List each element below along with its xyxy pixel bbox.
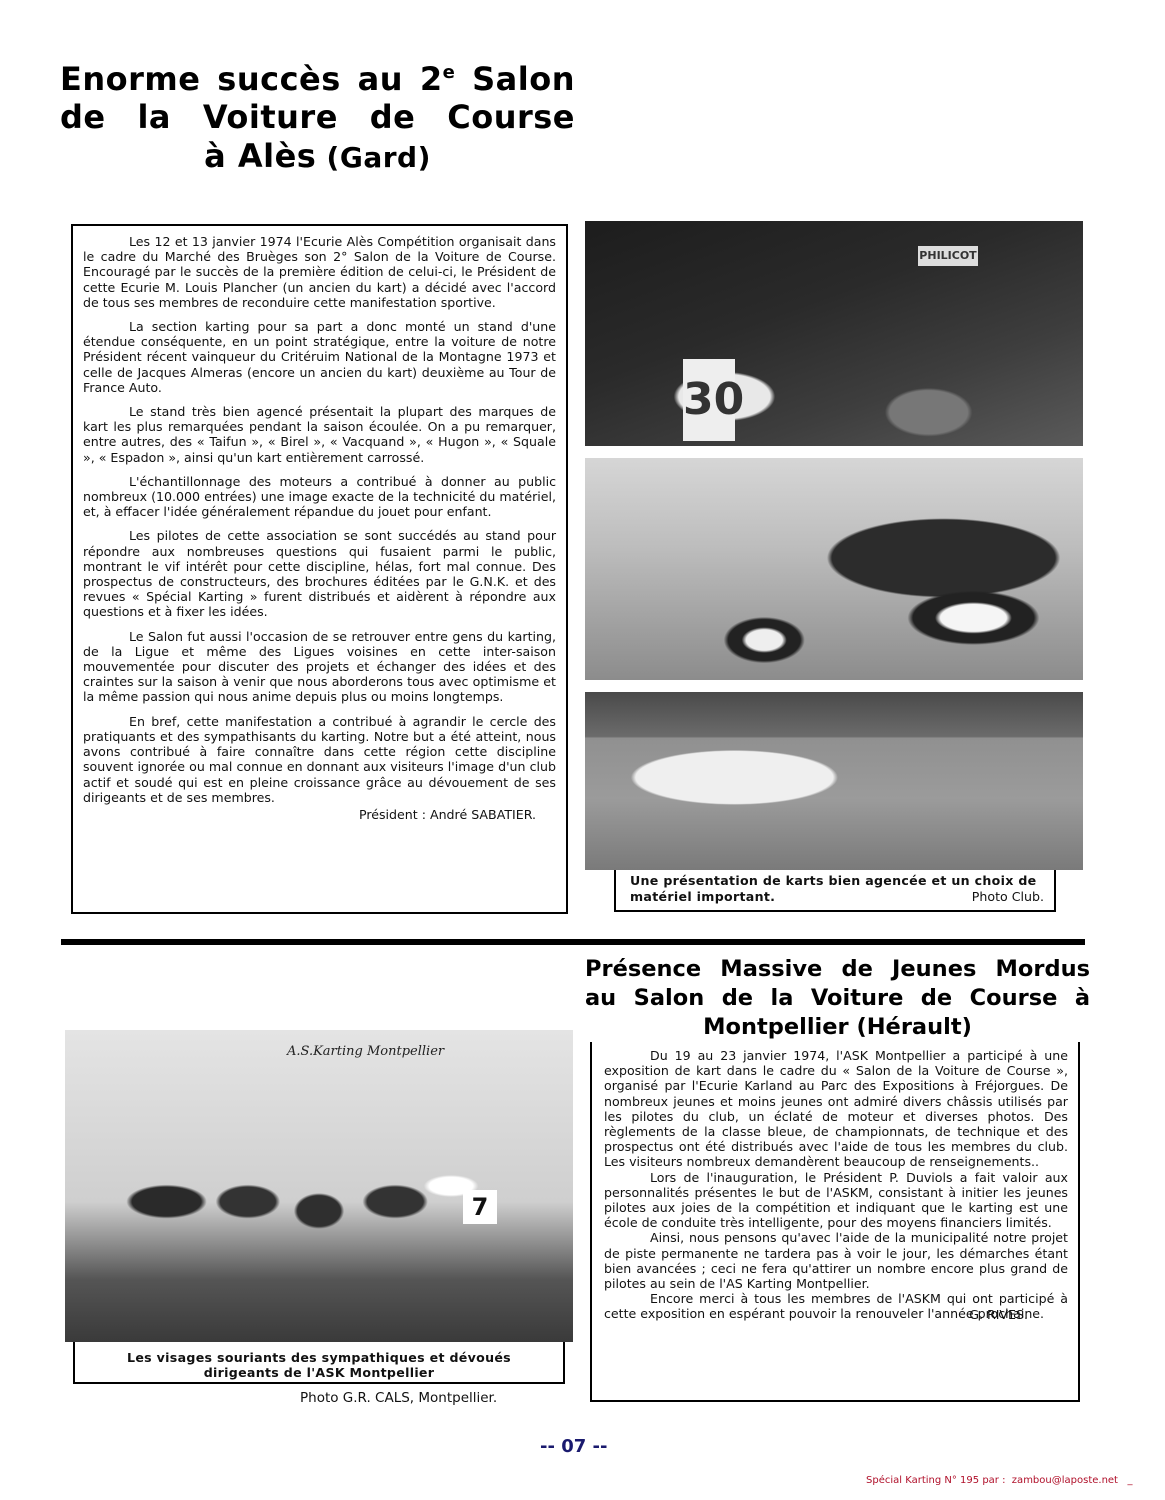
sponsor-sign: PHILICOT xyxy=(918,246,978,266)
photo-credit: Photo G.R. CALS, Montpellier. xyxy=(300,1390,497,1406)
footer-credit: Spécial Karting N° 195 par : zambou@lapo… xyxy=(866,1475,1133,1486)
paragraph: Lors de l'inauguration, le Président P. … xyxy=(604,1170,1068,1231)
photo-credit: Photo Club. xyxy=(972,889,1044,905)
club-banner: A.S.Karting Montpellier xyxy=(287,1044,444,1059)
superscript: e xyxy=(443,62,456,83)
photo-karts-display xyxy=(585,458,1083,680)
article2-headline: Présence Massive de Jeunes Mordus au Sal… xyxy=(585,955,1090,1042)
article1-text: Les 12 et 13 janvier 1974 l'Ecurie Alès … xyxy=(83,234,556,822)
paragraph: Les pilotes de cette association se sont… xyxy=(83,528,556,619)
kart-number-plate: 7 xyxy=(463,1190,497,1224)
headline-line-3: Montpellier (Hérault) xyxy=(585,1013,1090,1042)
photo-askm-team: A.S.Karting Montpellier 7 xyxy=(65,1030,573,1342)
article1-body-box: Les 12 et 13 janvier 1974 l'Ecurie Alès … xyxy=(71,224,568,914)
photo-caption-2: Les visages souriants des sympathiques e… xyxy=(73,1342,565,1384)
headline-line-2: au Salon de la Voiture de Course à xyxy=(585,984,1090,1013)
headline-line-1: Présence Massive de Jeunes Mordus xyxy=(585,955,1090,984)
photo-caption-1: Une présentation de karts bien agencée e… xyxy=(614,870,1056,912)
article2-body-box: Du 19 au 23 janvier 1974, l'ASK Montpell… xyxy=(590,1042,1080,1402)
headline-line-3: à Alès (Gard) xyxy=(60,137,575,175)
headline-line-1: Enorme succès au 2e Salon xyxy=(60,60,575,98)
paragraph: En bref, cette manifestation a contribué… xyxy=(83,714,556,805)
paragraph: Le Salon fut aussi l'occasion de se retr… xyxy=(83,629,556,705)
photo-karts-stand xyxy=(585,692,1083,870)
paragraph: Du 19 au 23 janvier 1974, l'ASK Montpell… xyxy=(604,1048,1068,1170)
paragraph: Le stand très bien agencé présentait la … xyxy=(83,404,556,465)
page-number: -- 07 -- xyxy=(540,1436,607,1457)
photo-kart-30: PHILICOT 30 xyxy=(585,221,1083,446)
paragraph: Les 12 et 13 janvier 1974 l'Ecurie Alès … xyxy=(83,234,556,310)
section-divider xyxy=(61,939,1085,945)
caption-text: Les visages souriants des sympathiques e… xyxy=(127,1350,511,1380)
paragraph: Ainsi, nous pensons qu'avec l'aide de la… xyxy=(604,1230,1068,1291)
article1-headline: Enorme succès au 2e Salon de la Voiture … xyxy=(60,60,575,175)
paragraph: L'échantillonnage des moteurs a contribu… xyxy=(83,474,556,520)
kart-number-plate: 30 xyxy=(683,359,735,441)
article2-text: Du 19 au 23 janvier 1974, l'ASK Montpell… xyxy=(604,1048,1068,1322)
paragraph: La section karting pour sa part a donc m… xyxy=(83,319,556,395)
signature: Président : André SABATIER. xyxy=(83,807,556,822)
headline-line-2: de la Voiture de Course xyxy=(60,98,575,136)
